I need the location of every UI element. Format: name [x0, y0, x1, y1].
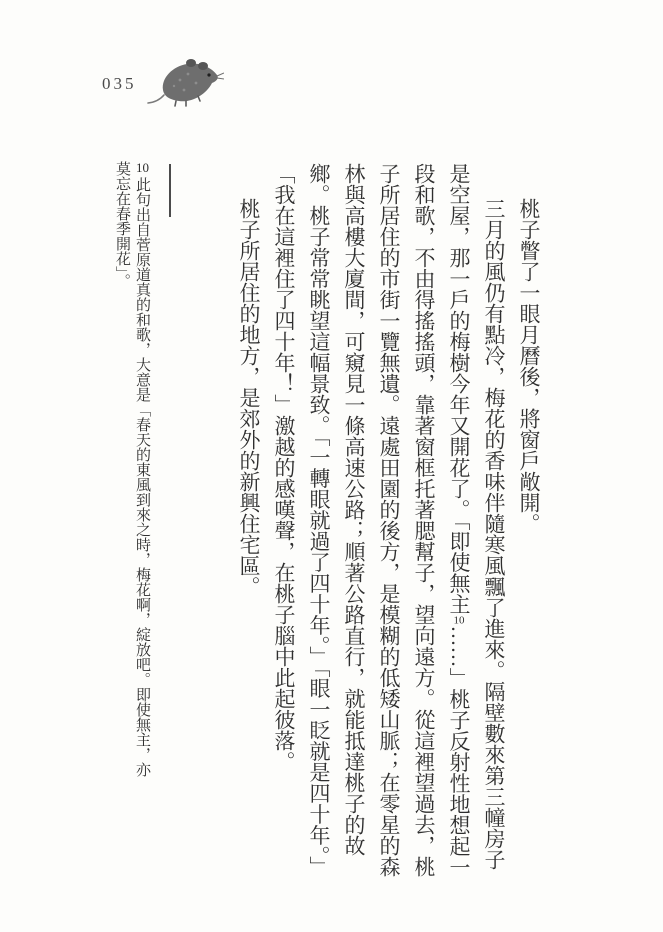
mouse-icon — [146, 50, 224, 114]
main-text-block: 桃子瞥了一眼月曆後，將窗戶敞開。 三月的風仍有點冷，梅花的香味伴隨寒風飄了進來。… — [231, 163, 546, 881]
footnote-divider — [169, 164, 171, 217]
paragraph-3: 桃子所居住的地方，是郊外的新興住宅區。 — [231, 163, 266, 881]
footnote-number: 10 — [135, 161, 150, 174]
footnote-reference-10: 10 — [453, 615, 465, 626]
footnote-text: 此句出自菅原道真的和歌，大意是「春天的東風到來之時，梅花啊，綻放吧。即使無主，亦… — [114, 161, 150, 777]
book-page: 035 桃子瞥了一眼月曆後，將窗戶敞開。 三月的風仍有點冷，梅花的香味伴隨寒 — [0, 0, 663, 932]
paragraph-2-text-after-note: ……」桃子反射性地想起一段和歌，不由得搖搖頭，靠著窗框托著腮幫子，望向遠方。從這… — [272, 163, 471, 878]
page-number: 035 — [102, 74, 137, 94]
paragraph-2: 三月的風仍有點冷，梅花的香味伴隨寒風飄了進來。隔壁數來第三幢房子是空屋，那一戶的… — [266, 163, 511, 881]
paragraph-1: 桃子瞥了一眼月曆後，將窗戶敞開。 — [511, 163, 546, 881]
footnote: 10此句出自菅原道真的和歌，大意是「春天的東風到來之時，梅花啊，綻放吧。即使無主… — [112, 161, 152, 786]
